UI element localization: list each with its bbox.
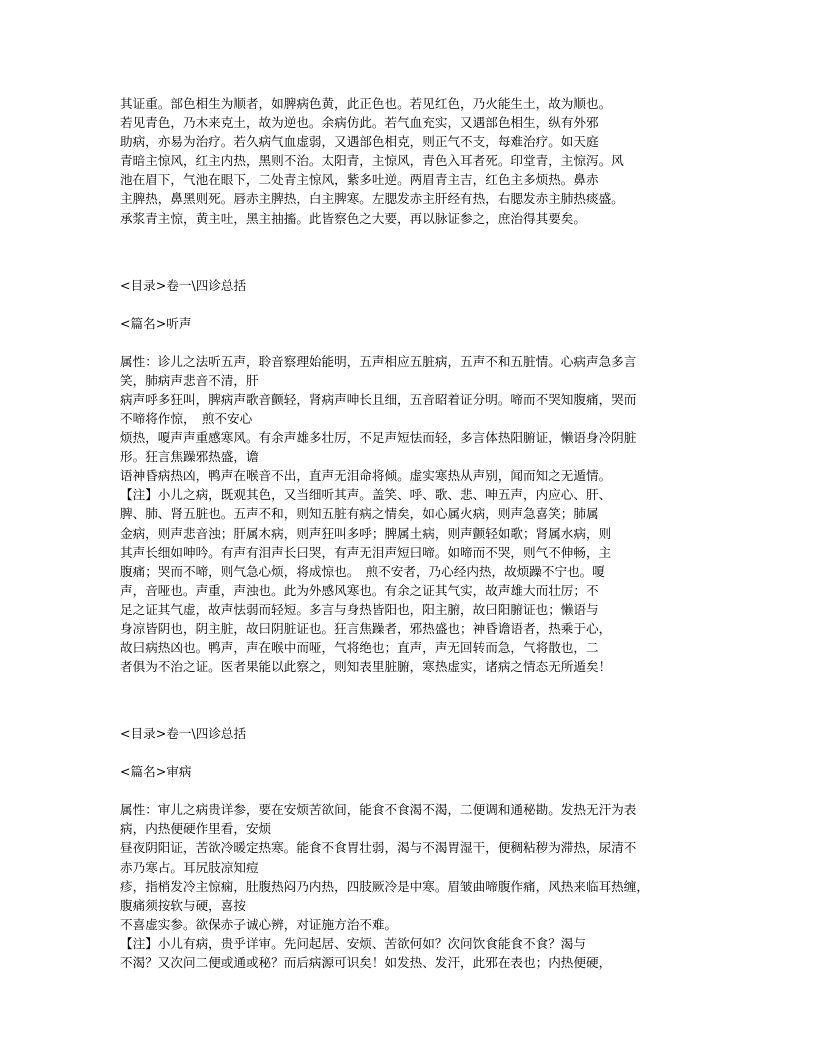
text-line: 属性：诊儿之法听五声，聆音察理始能明，五声相应五脏病，五声不和五脏情。心病声急多…: [120, 352, 705, 371]
text-line: 烦热，嗄声声重感寒风。有余声雄多壮厉，不足声短怯而轻，多言体热阳腑证，懒语身冷阴…: [120, 428, 705, 447]
section-tingsheng: <目录>卷一\四诊总括 <篇名>听声 属性：诊儿之法听五声，聆音察理始能明，五声…: [120, 276, 705, 677]
spacer: [120, 333, 705, 352]
spacer: [120, 228, 705, 276]
section-top-paragraph: 其证重。部色相生为顺者，如脾病色黄，此正色也。若见红色，乃火能生土，故为顺也。 …: [120, 94, 705, 228]
text-line: 病声呼多狂叫，脾病声歌音颤轻，肾病声呻长且细，五音昭着证分明。啼而不哭知腹痛，哭…: [120, 390, 705, 409]
text-line: 腹痛；哭而不啼，则气急心烦，将成惊也。 煎不安者，乃心经内热，故烦躁不宁也。嗄: [120, 562, 705, 581]
chapter-title: <篇名>听声: [120, 314, 705, 333]
text-line: 笑，肺病声悲音不清，肝: [120, 371, 705, 390]
text-line: 其证重。部色相生为顺者，如脾病色黄，此正色也。若见红色，乃火能生土，故为顺也。: [120, 94, 705, 113]
text-line: 病，内热便硬作里看，安烦: [120, 819, 705, 838]
toc-heading: <目录>卷一\四诊总括: [120, 276, 705, 295]
text-line: 不渴？又次问二便或通或秘？而后病源可识矣！如发热、发汗，此邪在表也；内热便硬，: [120, 953, 705, 972]
text-line: 属性：审儿之病贵详参，要在安烦苦欲间，能食不食渴不渴，二便调和通秘勘。发热无汗为…: [120, 800, 705, 819]
text-line: 不啼将作惊， 煎不安心: [120, 409, 705, 428]
text-line: 疹，指梢发冷主惊痫，肚腹热闷乃内热，四肢厥冷是中寒。眉皱曲啼腹作痛，风热来临耳热…: [120, 877, 705, 896]
text-line: 金病，则声悲音浊；肝属木病，则声狂叫多呼；脾属土病，则声颤轻如歌；肾属水病，则: [120, 524, 705, 543]
text-line: 足之证其气虚，故声怯弱而轻短。多言与身热皆阳也，阳主腑，故曰阳腑证也；懒语与: [120, 600, 705, 619]
text-line: 其声长细如呻吟。有声有泪声长曰哭，有声无泪声短曰啼。如啼而不哭，则气不伸畅，主: [120, 543, 705, 562]
text-line: 者俱为不治之证。医者果能以此察之，则知表里脏腑，寒热虚实，诸病之情态无所遁矣！: [120, 657, 705, 676]
spacer: [120, 781, 705, 800]
text-line: 青暗主惊风，红主内热，黑则不治。太阳青，主惊风，青色入耳者死。印堂青，主惊泻。风: [120, 151, 705, 170]
chapter-title: <篇名>审病: [120, 762, 705, 781]
text-line: 身凉皆阴也，阴主脏，故曰阴脏证也。狂言焦躁者，邪热盛也；神昏谵语者，热乘于心，: [120, 619, 705, 638]
text-line: 若见青色，乃木来克土，故为逆也。余病仿此。若气血充实，又遇部色相生，纵有外邪: [120, 113, 705, 132]
text-line: 故曰病热凶也。鸭声，声在喉中而哑，气将绝也；直声，声无回转而急，气将散也，二: [120, 638, 705, 657]
text-line: 形。狂言焦躁邪热盛，谵: [120, 447, 705, 466]
text-line: 赤乃寒占。耳尻肢凉知痘: [120, 858, 705, 877]
text-line: 承浆青主惊，黄主吐，黑主抽搐。此皆察色之大要，再以脉证参之，庶治得其要矣。: [120, 209, 705, 228]
spacer: [120, 743, 705, 762]
text-line: 助病，亦易为治疗。若久病气血虚弱，又遇部色相克，则正气不支，每难治疗。如天庭: [120, 132, 705, 151]
text-line: 不喜虚实参。欲保赤子诚心辨，对证施方治不难。: [120, 915, 705, 934]
text-line: 【注】小儿有病，贵乎详审。先问起居、安烦、苦欲何如？次问饮食能食不食？渴与: [120, 934, 705, 953]
spacer: [120, 676, 705, 724]
text-line: 语神昏病热凶，鸭声在喉音不出，直声无泪命将倾。虚实寒热从声别，闻而知之无遁情。: [120, 466, 705, 485]
section-body: 属性：审儿之病贵详参，要在安烦苦欲间，能食不食渴不渴，二便调和通秘勘。发热无汗为…: [120, 800, 705, 972]
section-shenbing: <目录>卷一\四诊总括 <篇名>审病 属性：审儿之病贵详参，要在安烦苦欲间，能食…: [120, 724, 705, 972]
text-line: 脾、肺、肾五脏也。五声不和，则知五脏有病之情矣，如心属火病，则声急喜笑；肺属: [120, 504, 705, 523]
text-line: 池在眉下，气池在眼下，二处青主惊风，紫多吐逆。两眉青主吉，红色主多烦热。鼻赤: [120, 170, 705, 189]
text-line: 声，音哑也。声重，声浊也。此为外感风寒也。有余之证其气实，故声雄大而壮厉；不: [120, 581, 705, 600]
spacer: [120, 295, 705, 314]
text-line: 【注】小儿之病，既观其色，又当细听其声。盖笑、呼、歌、悲、呻五声，内应心、肝、: [120, 485, 705, 504]
toc-heading: <目录>卷一\四诊总括: [120, 724, 705, 743]
text-line: 主脾热，鼻黑则死。唇赤主脾热，白主脾寒。左腮发赤主肝经有热，右腮发赤主肺热痰盛。: [120, 189, 705, 208]
text-line: 腹痛须按软与硬，喜按: [120, 896, 705, 915]
section-body: 属性：诊儿之法听五声，聆音察理始能明，五声相应五脏病，五声不和五脏情。心病声急多…: [120, 352, 705, 677]
text-line: 昼夜阴阳证，苦欲冷暖定热寒。能食不食胃壮弱，渴与不渴胃湿干，便稠粘秽为滞热，尿清…: [120, 838, 705, 857]
document-page: 其证重。部色相生为顺者，如脾病色黄，此正色也。若见红色，乃火能生土，故为顺也。 …: [120, 94, 705, 972]
